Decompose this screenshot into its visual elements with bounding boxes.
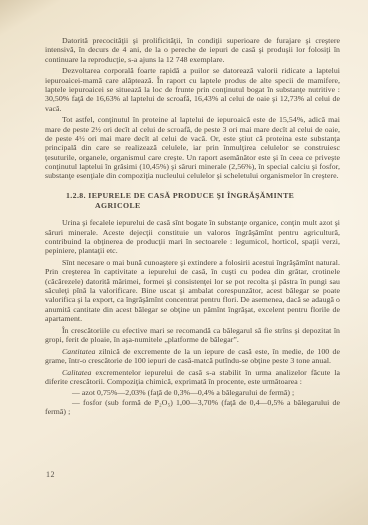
paragraph: În crescătoriile cu efective mari se rec… (45, 326, 340, 345)
paragraph: Cantitatea zilnică de excremente de la u… (45, 347, 340, 366)
text-block: Datorită precocităţii şi prolificităţii,… (45, 36, 340, 416)
paragraph: Sînt necesare o mai bună cunoaştere şi e… (45, 258, 340, 323)
section-number: 1.2.8. (66, 191, 88, 200)
list-item: — azot 0,75%—2,03% (faţă de 0,3%—0,4% a … (45, 388, 340, 397)
section-title: IEPURELE DE CASĂ PRODUCE ŞI ÎNGRĂŞĂMINTE… (88, 191, 294, 210)
paragraph: Tot astfel, conţinutul în proteine al la… (45, 115, 340, 180)
section-heading: 1.2.8. IEPURELE DE CASĂ PRODUCE ŞI ÎNGRĂ… (45, 191, 340, 211)
paragraph: Urina şi fecalele iepurelui de casă sînt… (45, 218, 340, 255)
lead-word: Calitatea (62, 368, 91, 377)
paragraph: Calitatea excrementelor iepurelui de cas… (45, 368, 340, 387)
list-item: — fosfor (sub formă de P₂O₅) 1,00—3,70% … (45, 398, 340, 417)
paragraph: Dezvoltarea corporală foarte rapidă a pu… (45, 66, 340, 112)
lead-word: Cantitatea (62, 347, 95, 356)
page-number: 12 (46, 470, 55, 479)
scanned-page: Datorită precocităţii şi prolificităţii,… (0, 0, 368, 525)
paragraph: Datorită precocităţii şi prolificităţii,… (45, 36, 340, 64)
